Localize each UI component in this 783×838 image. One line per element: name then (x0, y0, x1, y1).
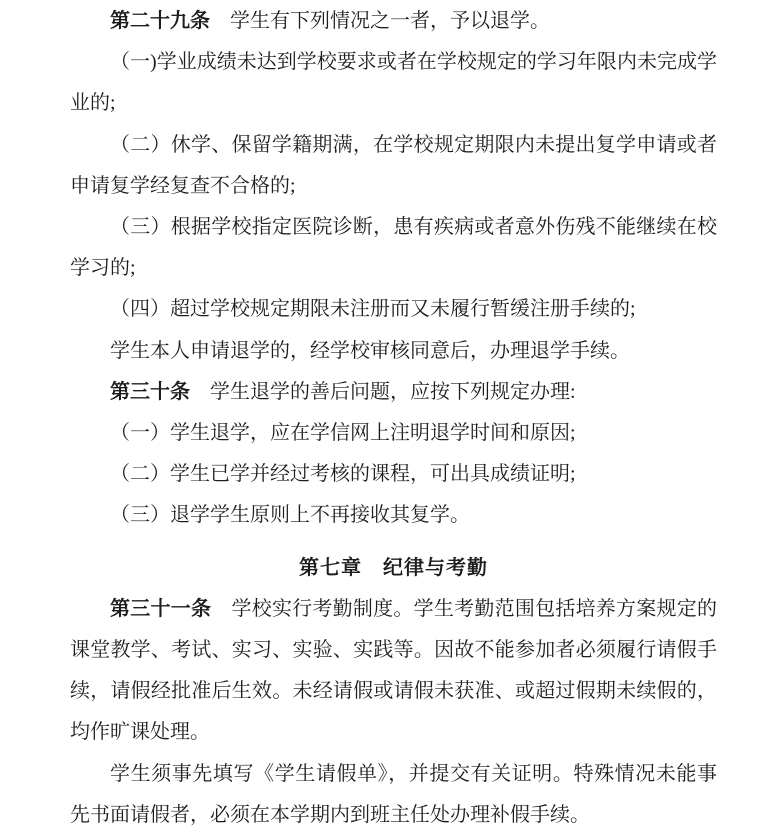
para-article-30: 第三十条 学生退学的善后问题，应按下列规定办理: (70, 372, 717, 413)
chapter-heading: 第七章 纪律与考勤 (70, 548, 717, 589)
para-30-item-3: （三）退学学生原则上不再接收其复学。 (70, 495, 717, 536)
para-30-item-2: （二）学生已学并经过考核的课程，可出具成绩证明; (70, 454, 717, 495)
para-leave-form-text: 学生须事先填写《学生请假单》，并提交有关证明。特殊情况未能事先书面请假者，必须在… (70, 763, 717, 826)
para-30-item-2-text: （二）学生已学并经过考核的课程，可出具成绩证明; (110, 463, 576, 485)
para-30-item-3-text: （三）退学学生原则上不再接收其复学。 (110, 504, 470, 526)
article-29-number: 第二十九条 (110, 10, 210, 32)
para-30-item-1: （一）学生退学，应在学信网上注明退学时间和原因; (70, 413, 717, 454)
document-page: 第二十九条 学生有下列情况之一者，予以退学。 （一)学业成绩未达到学校要求或者在… (0, 0, 783, 838)
para-article-29-text: 学生有下列情况之一者，予以退学。 (210, 10, 550, 32)
article-30-number: 第三十条 (110, 381, 190, 403)
para-30-item-1-text: （一）学生退学，应在学信网上注明退学时间和原因; (110, 422, 576, 444)
para-item-4: （四）超过学校规定期限未注册而又未履行暂缓注册手续的; (70, 289, 717, 330)
para-leave-form: 学生须事先填写《学生请假单》，并提交有关证明。特殊情况未能事先书面请假者，必须在… (70, 754, 717, 836)
para-article-29: 第二十九条 学生有下列情况之一者，予以退学。 (70, 1, 717, 42)
article-31-number: 第三十一条 (110, 598, 211, 620)
para-item-4-text: （四）超过学校规定期限未注册而又未履行暂缓注册手续的; (110, 298, 636, 320)
para-item-1: （一)学业成绩未达到学校要求或者在学校规定的学习年限内未完成学业的; (70, 42, 717, 124)
para-item-3-text: （三）根据学校指定医院诊断，患有疾病或者意外伤残不能继续在校学习的; (70, 216, 717, 279)
para-self-withdrawal: 学生本人申请退学的，经学校审核同意后，办理退学手续。 (70, 331, 717, 372)
para-item-3: （三）根据学校指定医院诊断，患有疾病或者意外伤残不能继续在校学习的; (70, 207, 717, 289)
para-article-31: 第三十一条 学校实行考勤制度。学生考勤范围包括培养方案规定的课堂教学、考试、实习… (70, 589, 717, 754)
para-article-30-text: 学生退学的善后问题，应按下列规定办理: (190, 381, 576, 403)
para-item-1-text: （一)学业成绩未达到学校要求或者在学校规定的学习年限内未完成学业的; (70, 51, 717, 114)
para-item-2: （二）休学、保留学籍期满，在学校规定期限内未提出复学申请或者申请复学经复查不合格… (70, 125, 717, 207)
para-self-withdrawal-text: 学生本人申请退学的，经学校审核同意后，办理退学手续。 (110, 340, 630, 362)
para-item-2-text: （二）休学、保留学籍期满，在学校规定期限内未提出复学申请或者申请复学经复查不合格… (70, 134, 717, 197)
